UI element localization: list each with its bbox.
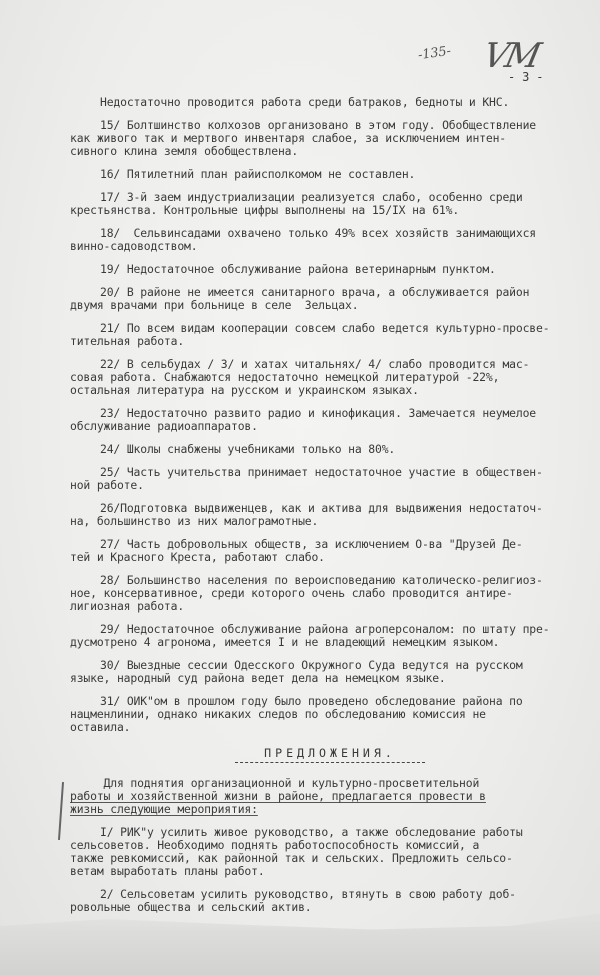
- list-item: 24/ Школы снабжены учебниками только на …: [70, 443, 590, 456]
- document-body: Недостаточно проводится работа среди бат…: [70, 96, 590, 924]
- list-item: 15/ Болтшинство колхозов организовано в …: [70, 119, 590, 158]
- list-item: 16/ Пятилетний план райисполкомом не сос…: [70, 168, 590, 181]
- text-line: на, большинство из них малограмотные.: [70, 515, 590, 528]
- text-line: языке, народный суд района ведет дела на…: [70, 672, 590, 685]
- list-item: 31/ ОИК"ом в прошлом году было проведено…: [70, 695, 590, 734]
- numbered-items: 15/ Болтшинство колхозов организовано в …: [70, 119, 590, 734]
- list-item: 17/ 3-й заем индустриализации реализуетс…: [70, 191, 590, 217]
- text-line: 25/ Часть учительства принимает недостат…: [70, 466, 590, 479]
- text-line: тительная работа.: [70, 335, 590, 348]
- proposals-heading: ПРЕДЛОЖЕНИЯ.: [70, 746, 590, 760]
- list-item: 28/ Большинство населения по вероисповед…: [70, 574, 590, 613]
- list-item: 21/ По всем видам кооперации совсем слаб…: [70, 322, 590, 348]
- text-line: лигиозная работа.: [70, 600, 590, 613]
- text-line: 19/ Недостаточное обслуживание района ве…: [70, 263, 590, 276]
- archive-number-handwritten: -135-: [417, 44, 452, 63]
- intro-line: Недостаточно проводится работа среди бат…: [70, 96, 590, 109]
- list-item: 27/ Часть добровольных обществ, за исклю…: [70, 538, 590, 564]
- text-line: остальная литература на русском и украин…: [70, 384, 590, 397]
- list-item: 30/ Выездные сессии Одесского Окружного …: [70, 659, 590, 685]
- list-item: 23/ Недостаточно развито радио и кинофик…: [70, 407, 590, 433]
- text-line: сивного клина земля обобществлена.: [70, 145, 590, 158]
- margin-bracket-mark: [58, 782, 64, 840]
- text-line: оставила.: [70, 721, 590, 734]
- list-item: 20/ В районе не имеется санитарного врач…: [70, 286, 590, 312]
- proposals-intro: Для поднятия организационной и культурно…: [70, 777, 590, 816]
- list-item: 26/Подготовка выдвиженцев, как и актива …: [70, 502, 590, 528]
- list-item: 29/ Недостаточное обслуживание района аг…: [70, 623, 590, 649]
- text-line: нацменлинии, однако никаких следов по об…: [70, 708, 590, 721]
- text-line: ной работе.: [70, 479, 590, 492]
- text-line: тей и Красного Креста, работают слабо.: [70, 551, 590, 564]
- text-line: ровольные общества и сельский актив.: [70, 901, 590, 914]
- text-line: жизнь следующие мероприятия:: [70, 803, 590, 816]
- text-line: винно-садоводством.: [70, 240, 590, 253]
- text-line: 24/ Школы снабжены учебниками только на …: [70, 443, 590, 456]
- page-number: - 3 -: [508, 70, 543, 84]
- heading-dashed-rule: [235, 762, 425, 763]
- text-line: обслуживание радиоаппаратов.: [70, 420, 590, 433]
- list-item: 18/ Сельвинсадами охвачено только 49% вс…: [70, 227, 590, 253]
- text-line: двумя врачами при больнице в селе Зельца…: [70, 299, 590, 312]
- text-line: крестьянства. Контрольные цифры выполнен…: [70, 204, 590, 217]
- list-item: 22/ В сельбудах / 3/ и хатах читальнях/ …: [70, 358, 590, 397]
- proposal-items: I/ РИК"у усилить живое руководство, а та…: [70, 826, 590, 914]
- text-line: дусмотрено 4 агронома, имеется I и не вл…: [70, 636, 590, 649]
- text-line: ветам выработать планы работ.: [70, 865, 590, 878]
- text-line: 16/ Пятилетний план райисполкомом не сос…: [70, 168, 590, 181]
- document-page: -135- VM - 3 - Недостаточно проводится р…: [0, 0, 600, 975]
- list-item: 25/ Часть учительства принимает недостат…: [70, 466, 590, 492]
- list-item: 19/ Недостаточное обслуживание района ве…: [70, 263, 590, 276]
- list-item: I/ РИК"у усилить живое руководство, а та…: [70, 826, 590, 878]
- list-item: 2/ Сельсоветам усилить руководство, втян…: [70, 888, 590, 914]
